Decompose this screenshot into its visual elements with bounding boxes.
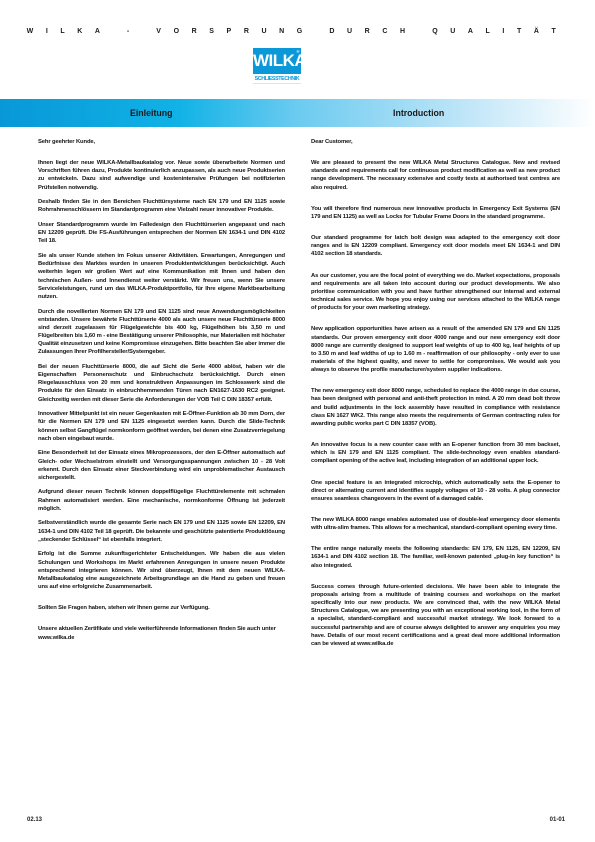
english-paragraph: As our customer, you are the focal point… [311, 272, 560, 313]
german-paragraph: Innovativer Mittelpunkt ist ein neuer Ge… [38, 410, 285, 443]
german-paragraph: Eine Besonderheit ist der Einsatz eines … [38, 449, 285, 482]
english-paragraph: We are pleased to present the new WILKA … [311, 159, 560, 192]
tagline: WILKA - VORSPRUNG DURCH QUALITÄT [0, 28, 595, 35]
german-paragraph: Deshalb finden Sie in den Bereichen Fluc… [38, 198, 285, 214]
german-paragraph: Unser Standardprogramm wurde im Falledes… [38, 221, 285, 245]
german-salutation: Sehr geehrter Kunde, [38, 138, 285, 146]
german-paragraph: Aufgrund dieser neuen Technik können dop… [38, 488, 285, 512]
german-paragraph: Selbstverständlich wurde die gesamte Ser… [38, 519, 285, 543]
english-paragraph: The new WILKA 8000 range enables automat… [311, 516, 560, 532]
english-paragraph: You will therefore find numerous new inn… [311, 205, 560, 221]
english-salutation: Dear Customer, [311, 138, 560, 146]
wilka-logo: WILKA ® SCHLIESSTECHNIK [253, 48, 301, 84]
footer-page-number: 01-01 [550, 817, 565, 823]
english-paragraph: Success comes through future-oriented de… [311, 583, 560, 648]
english-paragraph: The new emergency exit door 8000 range, … [311, 387, 560, 428]
german-paragraph: Sollten Sie Fragen haben, stehen wir Ihn… [38, 604, 285, 612]
logo-brand-box: WILKA ® [253, 48, 301, 74]
german-paragraph: Durch die novellierten Normen EN 179 und… [38, 308, 285, 357]
english-column: Dear Customer, We are pleased to present… [311, 138, 560, 655]
section-title-german: Einleitung [130, 99, 173, 127]
english-paragraph: The entire range naturally meets the fol… [311, 545, 560, 569]
english-paragraph: Our standard programme for latch bolt de… [311, 234, 560, 258]
german-column: Sehr geehrter Kunde, Ihnen liegt der neu… [38, 138, 285, 648]
german-paragraph: Bei der neuen Fluchttürserie 8000, die a… [38, 363, 285, 404]
english-paragraph: New application opportunities have arise… [311, 325, 560, 374]
german-paragraph: Unsere aktuellen Zertifikate und viele w… [38, 625, 285, 641]
english-paragraph: An innovative focus is a new counter cas… [311, 441, 560, 465]
registered-mark-icon: ® [297, 50, 299, 54]
german-paragraph: Ihnen liegt der neue WILKA-Metallbaukata… [38, 159, 285, 192]
german-paragraph: Erfolg ist die Summe zukunftsgerichteter… [38, 550, 285, 591]
footer-date-code: 02.13 [27, 817, 42, 823]
logo-subtitle: SCHLIESSTECHNIK [253, 76, 301, 84]
section-header-band: Einleitung Introduction [0, 99, 595, 127]
section-title-english: Introduction [393, 99, 444, 127]
german-paragraph: Sie als unser Kunde stehen im Fokus unse… [38, 252, 285, 301]
english-paragraph: One special feature is an integrated mic… [311, 479, 560, 503]
